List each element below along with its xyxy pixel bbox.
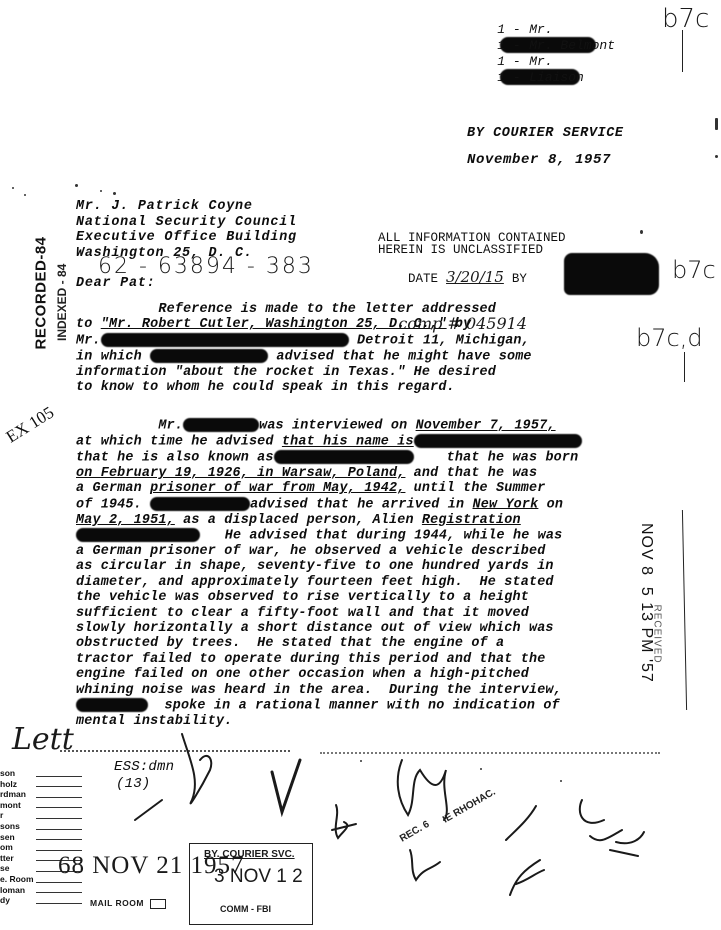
scan-artifact	[113, 192, 116, 195]
scan-artifact	[560, 780, 562, 782]
scan-artifact	[24, 194, 26, 196]
scan-artifact	[360, 760, 362, 762]
scan-artifact	[640, 230, 643, 234]
scan-artifact	[12, 187, 14, 189]
svg-text:IE RHOHAC.: IE RHOHAC.	[441, 787, 498, 826]
handwritten-marks: REC. 6 IE RHOHAC.	[0, 0, 721, 930]
scan-artifact	[75, 184, 78, 187]
rec-stamp-text: REC. 6	[398, 819, 432, 845]
scan-artifact	[100, 190, 102, 192]
scan-artifact	[480, 768, 482, 770]
